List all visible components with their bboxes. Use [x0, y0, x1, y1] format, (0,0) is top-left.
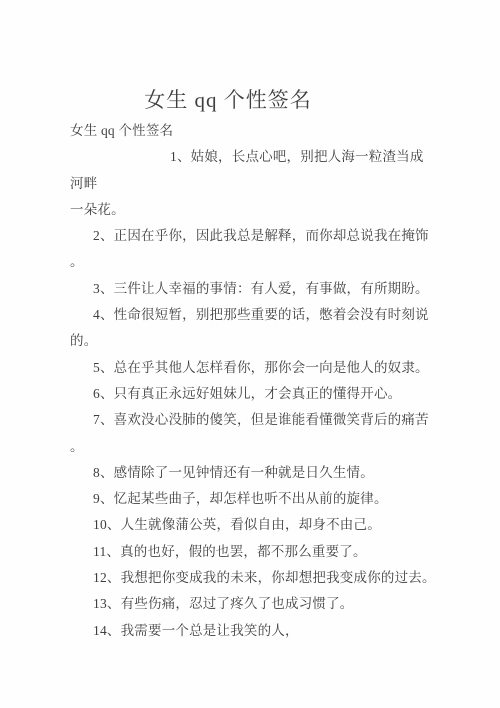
- text-line: 1、姑娘，长点心吧，别把人海一粒渣当成: [70, 144, 480, 170]
- text-line: 10、人生就像蒲公英，看似自由，却身不由己。: [70, 512, 480, 538]
- document-title: 女生 qq 个性签名: [0, 86, 456, 114]
- text-line: 3、三件让人幸福的事情：有人爱，有事做，有所期盼。: [70, 276, 480, 302]
- text-line: 9、忆起某些曲子，却怎样也听不出从前的旋律。: [70, 486, 480, 512]
- text-line: 12、我想把你变成我的未来，你却想把我变成你的过去。: [70, 565, 480, 591]
- text-line: 2、正因在乎你，因此我总是解释，而你却总说我在掩饰: [70, 223, 480, 249]
- text-line: 女生 qq 个性签名: [70, 118, 480, 144]
- text-line: 的。: [70, 328, 480, 354]
- document-body: 女生 qq 个性签名1、姑娘，长点心吧，别把人海一粒渣当成河畔一朵花。2、正因在…: [70, 118, 480, 644]
- text-line: 6、只有真正永远好姐妹儿，才会真正的懂得开心。: [70, 381, 480, 407]
- text-line: 河畔: [70, 171, 480, 197]
- text-line: 8、感情除了一见钟情还有一种就是日久生情。: [70, 460, 480, 486]
- text-line: 。: [70, 249, 480, 275]
- text-line: 7、喜欢没心没肺的傻笑，但是谁能看懂微笑背后的痛苦: [70, 407, 480, 433]
- text-line: 5、总在乎其他人怎样看你，那你会一向是他人的奴隶。: [70, 355, 480, 381]
- text-line: 一朵花。: [70, 197, 480, 223]
- text-line: 4、性命很短暂，别把那些重要的话，憋着会没有时刻说: [70, 302, 480, 328]
- text-line: 。: [70, 434, 480, 460]
- text-line: 13、有些伤痛，忍过了疼久了也成习惯了。: [70, 591, 480, 617]
- text-line: 14、我需要一个总是让我笑的人，: [70, 618, 480, 644]
- document-page: 女生 qq 个性签名 女生 qq 个性签名1、姑娘，长点心吧，别把人海一粒渣当成…: [0, 0, 500, 708]
- text-line: 11、真的也好，假的也罢，都不那么重要了。: [70, 539, 480, 565]
